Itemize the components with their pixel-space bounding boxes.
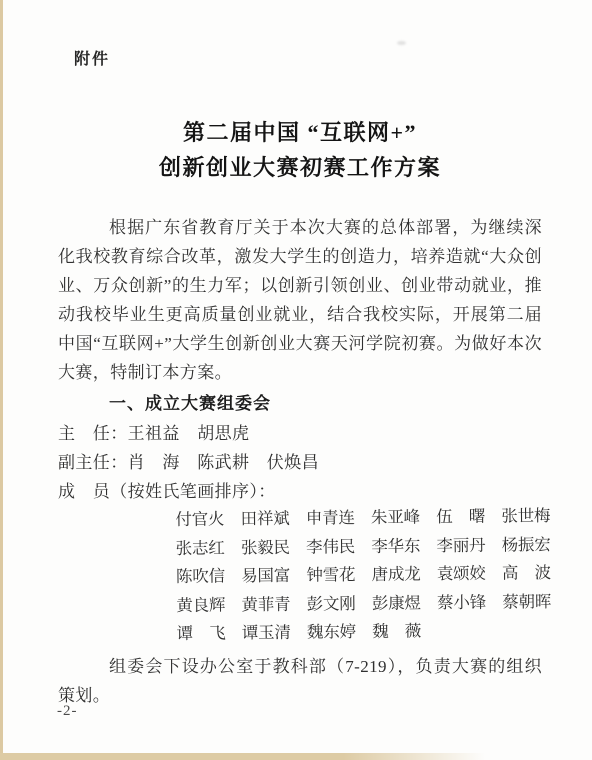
- page-number: -2-: [57, 703, 78, 720]
- section-heading-committee: 一、成立大赛组委会: [58, 389, 542, 419]
- title-line-2: 创新创业大赛初赛工作方案: [58, 150, 542, 185]
- closing-paragraph: 组委会下设办公室于教科部（7-219），负责大赛的组织策划。: [58, 652, 542, 710]
- role-line-members-label: 成 员（按姓氏笔画排序）：: [58, 477, 542, 506]
- role-line-vice-chair: 副主任：肖 海 陈武耕 伏焕昌: [58, 448, 542, 477]
- member-row: 张志红 张毅民 李伟民 李华东 李丽丹 杨振宏: [176, 531, 542, 563]
- document-title: 第二届中国 “互联网+” 创新创业大赛初赛工作方案: [58, 115, 542, 185]
- member-row: 付官火 田祥斌 申青连 朱亚峰 伍 曙 张世梅: [175, 502, 541, 534]
- scanned-page: 附件 第二届中国 “互联网+” 创新创业大赛初赛工作方案 根据广东省教育厅关于本…: [0, 0, 592, 760]
- scan-edge-left: [0, 0, 3, 760]
- scan-edge-bottom: [0, 753, 592, 760]
- scan-smudge: [397, 41, 406, 45]
- member-row: 谭 飞 谭玉清 魏东婷 魏 薇: [176, 616, 542, 648]
- member-row: 黄良辉 黄菲青 彭文刚 彭康煜 蔡小锋 蔡朝晖: [176, 588, 542, 620]
- intro-paragraph: 根据广东省教育厅关于本次大赛的总体部署，为继续深化我校教育综合改革，激发大学生的…: [58, 213, 542, 387]
- title-line-1: 第二届中国 “互联网+”: [58, 115, 542, 150]
- document-body: 附件 第二届中国 “互联网+” 创新创业大赛初赛工作方案 根据广东省教育厅关于本…: [58, 46, 542, 710]
- member-row: 陈吹信 易国富 钟雪花 唐成龙 袁颂姣 高 波: [176, 559, 542, 591]
- attachment-label: 附件: [74, 46, 542, 69]
- role-line-chair: 主 任：王祖益 胡思虎: [58, 419, 542, 448]
- member-name-list: 付官火 田祥斌 申青连 朱亚峰 伍 曙 张世梅 张志红 张毅民 李伟民 李华东 …: [175, 502, 542, 648]
